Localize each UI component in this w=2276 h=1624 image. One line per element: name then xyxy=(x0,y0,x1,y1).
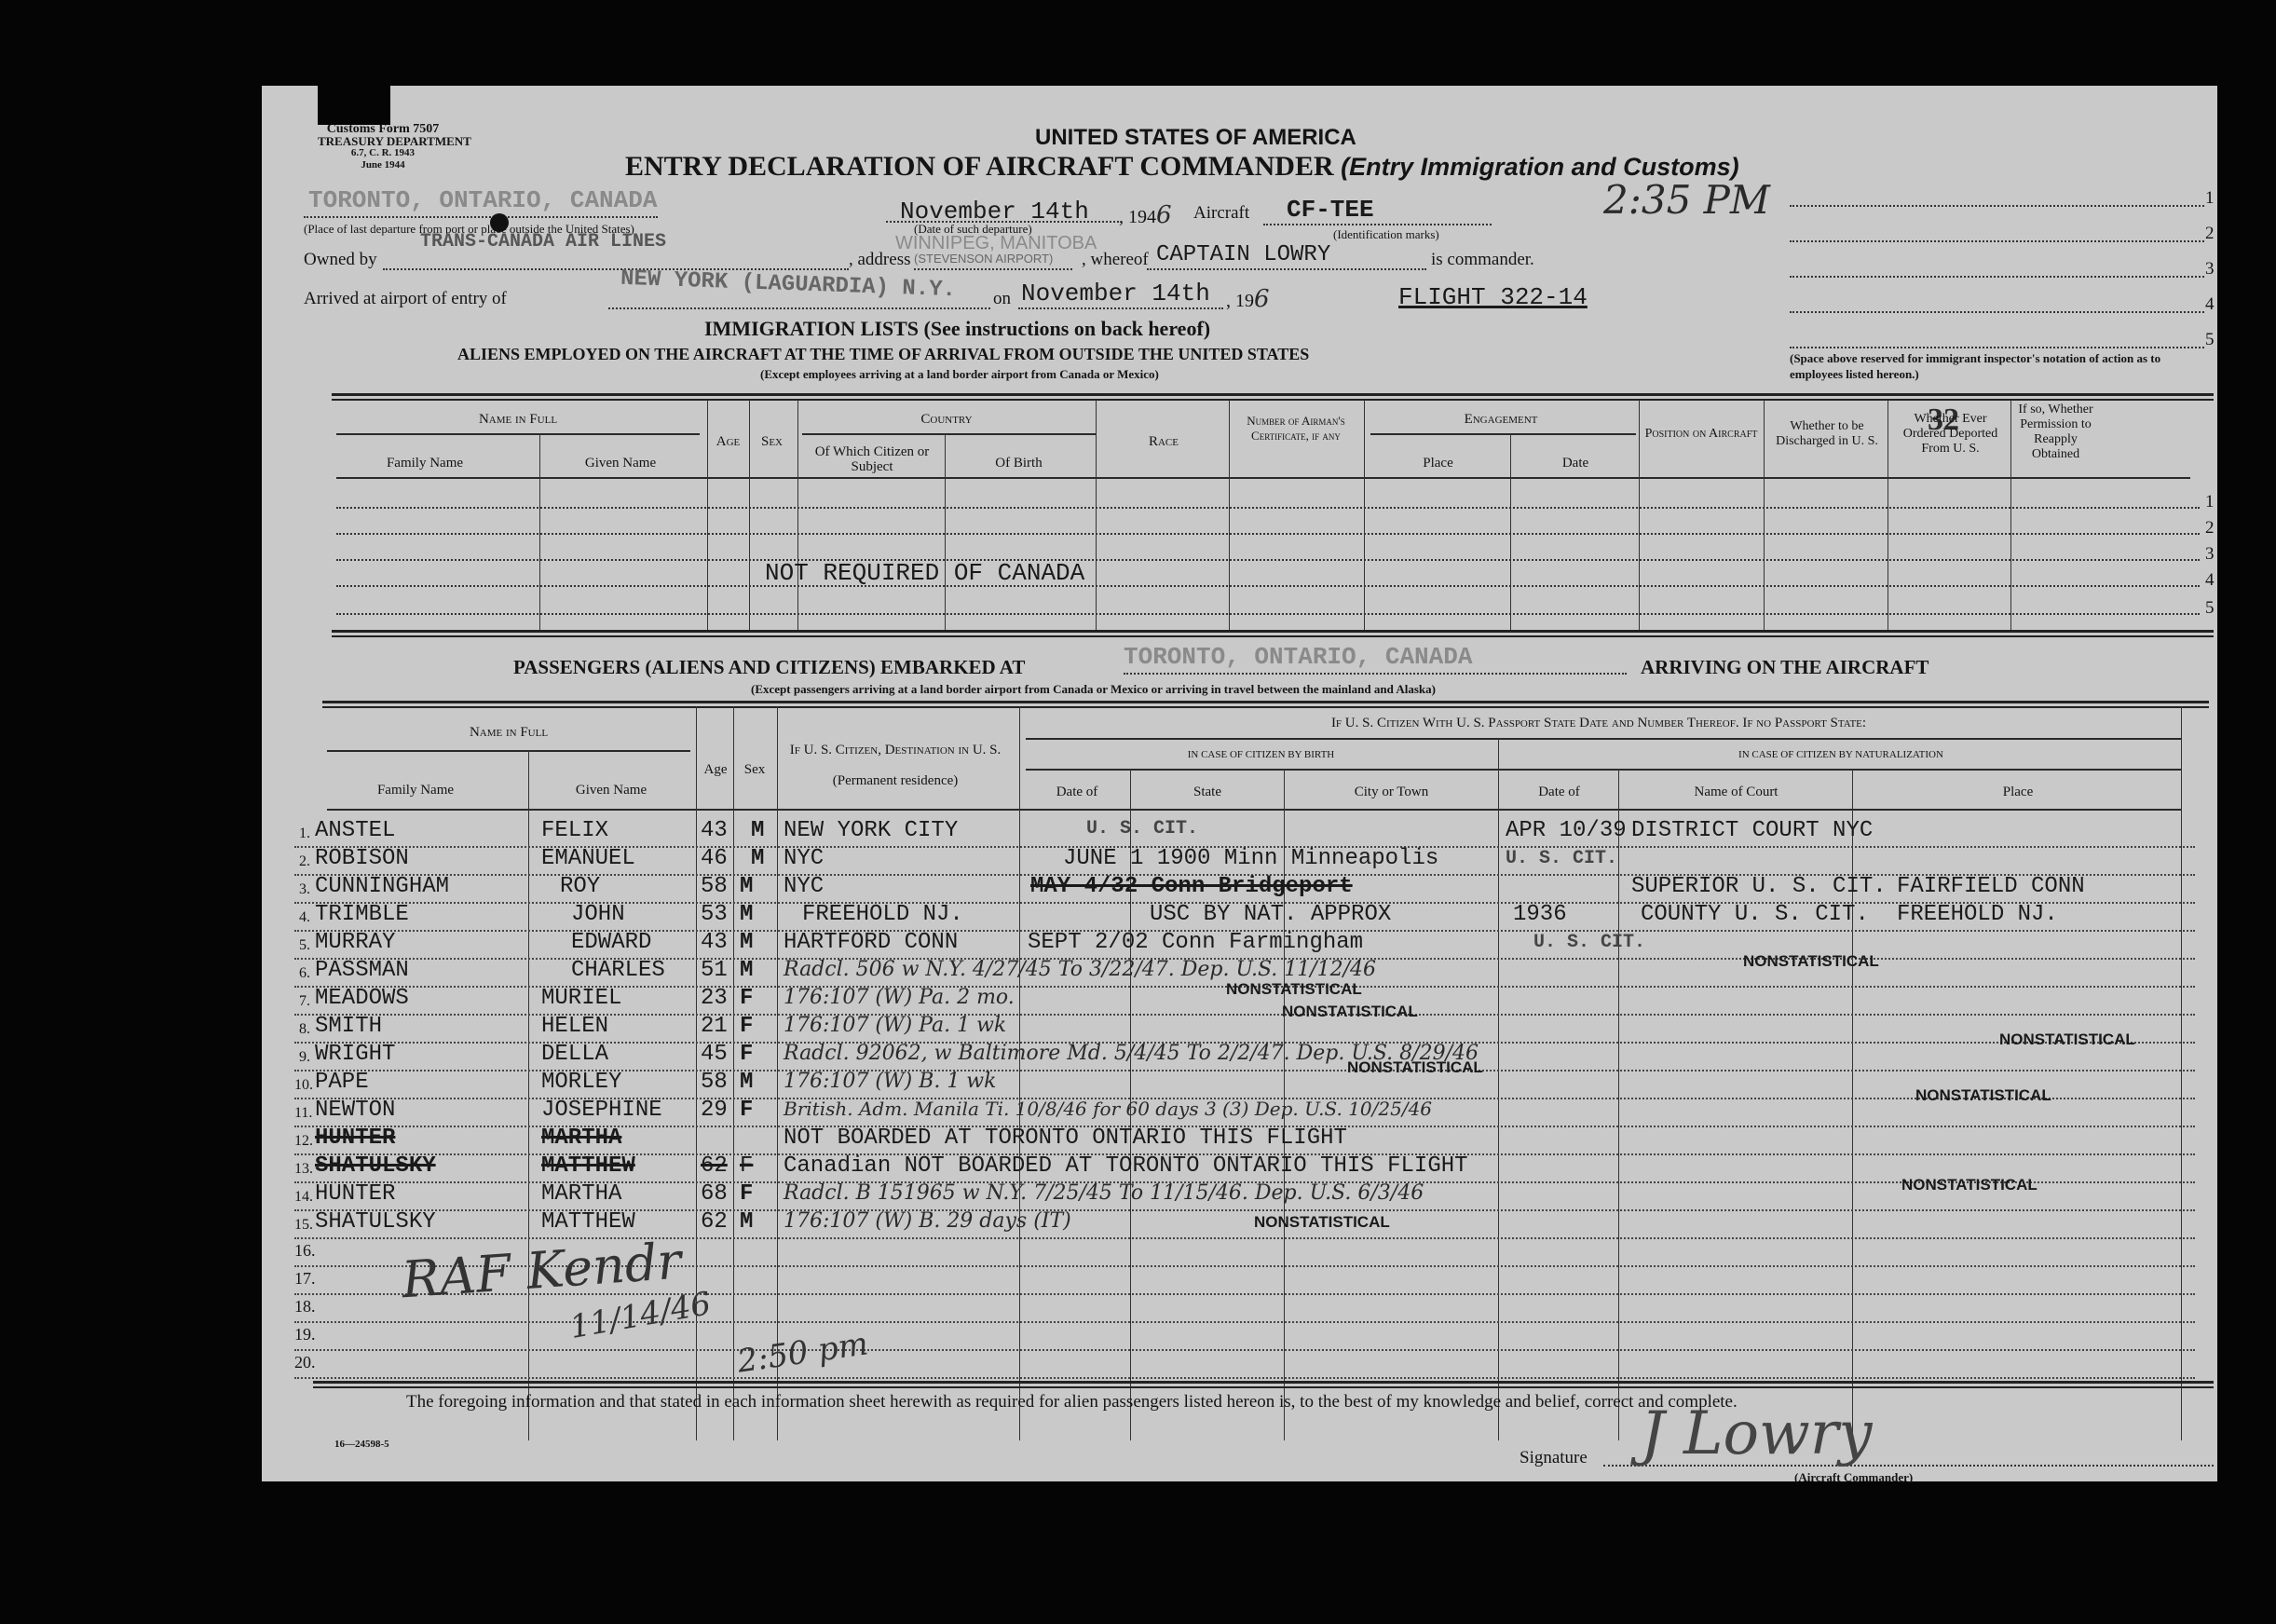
departure-place-line xyxy=(304,216,658,218)
signature-label: Signature xyxy=(1520,1448,1588,1468)
table-row: 10. PAPE MORLEY 58 M 176:107 (W) B. 1 wk… xyxy=(294,1070,2195,1099)
signature-caption: (Aircraft Commander) xyxy=(1794,1470,1913,1485)
inspector-line-2 xyxy=(1790,240,2204,242)
table-row: 2. ROBISON EMANUEL 46 M NYC JUNE 1 1900 … xyxy=(294,846,2195,876)
arrival-year: , 196 xyxy=(1226,285,1270,313)
owner-line xyxy=(383,268,849,270)
table-row-struck: 12. HUNTER MARTHA NOT BOARDED AT TORONTO… xyxy=(294,1126,2195,1155)
arrival-date-value: November 14th xyxy=(1021,280,1210,307)
immigration-table-top xyxy=(332,393,2214,401)
customs-form-page: Customs Form 7507 TREASURY DEPARTMENT 6.… xyxy=(262,86,2217,1481)
inspector-caption: (Space above reserved for immigrant insp… xyxy=(1790,350,2209,382)
aircraft-label: Aircraft xyxy=(1193,203,1249,224)
torn-corner xyxy=(318,86,390,125)
address-line2: (STEVENSON AIRPORT) xyxy=(914,252,1053,266)
arrival-airport-value: NEW YORK (LAGUARDIA) N.Y. xyxy=(620,266,957,304)
commander-signature: J Lowry xyxy=(1641,1399,1873,1468)
handwritten-arrival-time: 2:35 PM xyxy=(1603,177,1770,223)
inspector-line-4 xyxy=(1790,311,2204,313)
departure-year: , 1946 xyxy=(1119,201,1172,229)
form-id-block: Customs Form 7507 TREASURY DEPARTMENT 6.… xyxy=(318,123,448,171)
regulation: 6.7, C. R. 1943 xyxy=(318,147,448,159)
table-row: 14. HUNTER MARTHA 68 F Radcl. B 151965 w… xyxy=(294,1181,2195,1211)
arrived-label: Arrived at airport of entry of xyxy=(304,289,507,309)
immigration-title: IMMIGRATION LISTS (See instructions on b… xyxy=(704,317,1210,341)
country-header: UNITED STATES OF AMERICA xyxy=(1035,125,1356,151)
immigration-note: (Except employees arriving at a land bor… xyxy=(760,367,1159,382)
table-row: 5. MURRAY EDWARD 43 M HARTFORD CONN SEPT… xyxy=(294,930,2195,960)
table-row: 11. NEWTON JOSEPHINE 29 F British. Adm. … xyxy=(294,1098,2195,1127)
aircraft-id-value: CF-TEE xyxy=(1287,196,1374,224)
table-row: 3. CUNNINGHAM ROY 58 M NYC MAY 4/32 Conn… xyxy=(294,874,2195,904)
aircraft-id-line xyxy=(1263,224,1492,225)
immigration-subtitle: ALIENS EMPLOYED ON THE AIRCRAFT AT THE T… xyxy=(457,345,1309,364)
aircraft-id-label: (Identification marks) xyxy=(1333,227,1439,242)
commander-line xyxy=(1147,268,1426,270)
table-row: 7. MEADOWS MURIEL 23 F 176:107 (W) Pa. 2… xyxy=(294,986,2195,1016)
embarked-at-value: TORONTO, ONTARIO, CANADA xyxy=(1124,643,1472,671)
table-row: 1. ANSTEL FELIX 43 M NEW YORK CITY U. S.… xyxy=(294,818,2195,848)
embarked-at-line xyxy=(1124,673,1627,675)
inspector-line-3 xyxy=(1790,276,2204,278)
place-of-departure-value: TORONTO, ONTARIO, CANADA xyxy=(308,186,657,214)
whereof-label: , whereof xyxy=(1082,250,1149,270)
print-code: 16—24598-5 xyxy=(334,1439,389,1450)
date-issued: June 1944 xyxy=(318,159,448,171)
declaration-text: The foregoing information and that state… xyxy=(304,1392,2214,1412)
owned-by-label: Owned by xyxy=(304,250,377,270)
address-line xyxy=(914,268,1072,270)
passenger-title: PASSENGERS (ALIENS AND CITIZENS) EMBARKE… xyxy=(513,656,1025,679)
passenger-table-bottom xyxy=(313,1381,2214,1388)
table-row: 4. TRIMBLE JOHN 53 M FREEHOLD NJ. USC BY… xyxy=(294,902,2195,932)
inspector-line-1 xyxy=(1790,205,2204,207)
table-row: 8. SMITH HELEN 21 F 176:107 (W) Pa. 1 wk… xyxy=(294,1014,2195,1044)
immigration-table-bottom xyxy=(332,630,2214,637)
arrival-airport-line xyxy=(608,307,990,309)
owner-value: TRANS-CANADA AIR LINES xyxy=(420,231,666,252)
not-required-note: NOT REQUIRED OF CANADA xyxy=(765,559,1084,587)
flight-value: FLIGHT 322-14 xyxy=(1398,283,1588,311)
arrival-date-line xyxy=(1018,307,1223,309)
table-row: 15. SHATULSKY MATTHEW 62 M 176:107 (W) B… xyxy=(294,1209,2195,1239)
table-row: 20. xyxy=(294,1349,2195,1379)
commander-value: CAPTAIN LOWRY xyxy=(1156,242,1330,267)
passenger-note: (Except passengers arriving at a land bo… xyxy=(751,682,1436,697)
page-title: ENTRY DECLARATION OF AIRCRAFT COMMANDER … xyxy=(625,151,1739,183)
stamp-number: 32 xyxy=(1928,403,1959,438)
title-main: ENTRY DECLARATION OF AIRCRAFT COMMANDER xyxy=(625,151,1334,182)
passenger-title-suffix: ARRIVING ON THE AIRCRAFT xyxy=(1641,656,1928,679)
department: TREASURY DEPARTMENT xyxy=(318,135,448,147)
arrival-on-label: on xyxy=(993,289,1011,309)
is-commander-label: is commander. xyxy=(1431,250,1534,270)
table-row: 9. WRIGHT DELLA 45 F Radcl. 92062, w Bal… xyxy=(294,1042,2195,1071)
inspector-line-5 xyxy=(1790,347,2204,348)
passenger-table-top xyxy=(322,701,2209,708)
